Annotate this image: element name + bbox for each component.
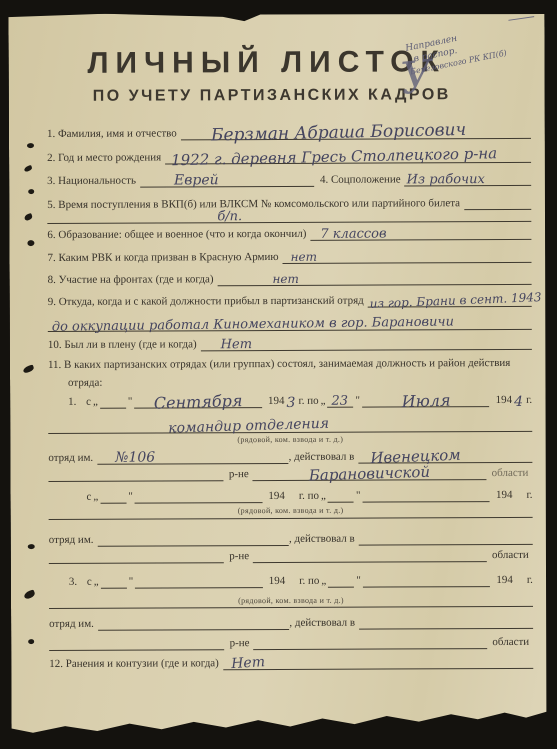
field-social-line: Из рабочих [405, 168, 532, 187]
field-arrival-value: из гор. Брани в сент. 1943 г. [370, 291, 556, 311]
entry1-from-year-prefix: 194 [262, 395, 287, 408]
field-education-label: 6. Образование: общее и военное (что и к… [47, 228, 310, 242]
entry3-from-day-slot [101, 571, 127, 589]
field-units-heading2: отряда: [68, 375, 532, 390]
entry1-region-row: р-не Барановичской области [48, 463, 532, 482]
field-nationality-line: Еврей [140, 169, 314, 188]
entry3-close-quote2: " [354, 575, 363, 588]
field-captivity-line: Нет [201, 332, 532, 351]
field-rvk-line: нет [283, 245, 532, 264]
punch-hole [24, 213, 34, 221]
field-party-row2: б/п. [47, 205, 531, 224]
entry3-acted-label: , действовал в [289, 617, 359, 630]
field-rvk-label: 7. Каким РВК и когда призван в Красную А… [47, 251, 282, 265]
entry3-oblast-label: области [487, 636, 533, 649]
field-units-heading: 11. В каких партизанских отрядах (или гр… [48, 357, 532, 372]
field-surname-line: Берзман Абраша Борисович [181, 121, 531, 141]
field-birth-row: 2. Год и место рождения 1922 г. деревня … [47, 146, 531, 165]
field-surname-value: Берзман Абраша Борисович [211, 124, 466, 143]
entry1-from-month-slot: Сентября [134, 390, 262, 409]
entry3-unit-row: отряд им. , действовал в [49, 612, 533, 631]
entry1-oblast-label: области [487, 467, 533, 480]
document-subtitle: ПО УЧЕТУ ПАРТИЗАНСКИХ КАДРОВ [9, 86, 535, 106]
field-rvk-row: 7. Каким РВК и когда призван в Красную А… [47, 246, 531, 265]
entry1-from-day-slot [100, 391, 126, 409]
punch-hole [23, 165, 32, 172]
field-arrival-value2: до оккупации работал Киномехаником в гор… [52, 315, 454, 333]
entry3-acted-line [359, 611, 533, 630]
field-wounds-label: 12. Ранения и контузии (где и когда) [49, 657, 223, 671]
field-fronts-label: 8. Участие на фронтах (где и когда) [48, 273, 218, 287]
entry1-from-year-digit: 3 [286, 397, 295, 410]
entry2-oblast-label: области [487, 549, 533, 562]
entry3-to-day-slot [328, 570, 354, 588]
entry3-from-month-slot [135, 570, 263, 589]
field-social-value: Из рабочих [407, 173, 485, 186]
field-party-value: б/п. [217, 210, 242, 223]
field-arrival-label: 9. Откуда, когда и с какой должности при… [48, 295, 368, 309]
entry1-from-month: Сентября [154, 394, 243, 410]
field-social-label: 4. Соцположение [314, 173, 405, 186]
entry1-to-month: Июля [401, 394, 450, 408]
field-captivity-value: Нет [221, 338, 252, 351]
entry2-district-line [49, 545, 224, 564]
field-captivity-label: 10. Был ли в плену (где и когда) [48, 338, 201, 352]
field-rvk-value: нет [291, 251, 317, 264]
entry2-acted-line [359, 527, 533, 546]
field-wounds-value: Нет [230, 656, 264, 671]
field-surname-label: 1. Фамилия, имя и отчество [47, 127, 181, 141]
entry1-to-word: г. по [298, 395, 318, 408]
field-wounds-line: Нет [223, 651, 533, 670]
document-sheet: ЛИЧНЫЙ ЛИСТОК ПО УЧЕТУ ПАРТИЗАНСКИХ КАДР… [8, 12, 547, 737]
punch-hole [27, 143, 34, 148]
field-arrival-row: 9. Откуда, когда и с какой должности при… [48, 290, 532, 309]
entry3-region-line [253, 631, 487, 650]
field-surname-row: 1. Фамилия, имя и отчество Берзман Абраш… [47, 122, 531, 141]
punch-hole [28, 189, 34, 194]
pen-flourish-mark: У [398, 51, 435, 105]
entry1-to-month-slot: Июля [362, 389, 490, 408]
field-arrival-line2: до оккупации работал Киномехаником в гор… [48, 312, 532, 332]
entry3-from-year-prefix: 194 [263, 575, 288, 588]
field-nationality-value: Еврей [174, 174, 219, 187]
punch-hole [28, 639, 34, 644]
entry1-close-quote: " [126, 396, 135, 409]
entry1-to-day-slot: 23 [327, 390, 353, 408]
field-fronts-row: 8. Участие на фронтах (где и когда) нет [48, 268, 532, 287]
entry3-rne-label: р-не [225, 637, 254, 650]
field-wounds-row: 12. Ранения и контузии (где и когда) Нет [49, 652, 533, 671]
entry2-region-row: р-не области [49, 545, 533, 564]
entry1-open-quote: „ [91, 396, 100, 409]
entry2-region-line [253, 544, 487, 563]
punch-hole [27, 240, 34, 246]
field-fronts-value: нет [272, 273, 298, 286]
entry1-district-line [48, 463, 223, 482]
field-nationality-label: 3. Национальность [47, 175, 140, 188]
entry1-rne-label: р-не [224, 468, 253, 481]
punch-hole [22, 364, 34, 373]
entry3-year-suffix: г. [527, 574, 533, 587]
entry2-unit-line [97, 528, 289, 547]
entry3-district-line [49, 632, 224, 651]
entry1-to-year-prefix: 194 [490, 394, 515, 407]
entry1-region-line: Барановичской [253, 462, 487, 481]
field-captivity-row: 10. Был ли в плену (где и когда) Нет [48, 333, 532, 352]
field-education-line: 7 классов [310, 222, 531, 241]
field-education-value: 7 классов [320, 228, 386, 241]
entry3-open-quote2: „ [319, 575, 328, 588]
field-arrival-line: из гор. Брани в сент. 1943 г. [368, 289, 532, 308]
entry3-number: 3. [69, 576, 87, 589]
entry3-close-quote: " [127, 576, 136, 589]
entry1-year-suffix: г. [526, 394, 532, 407]
entry3-to-month-slot [363, 569, 491, 588]
entry1-to-year-digit: 4 [514, 396, 523, 409]
entry1-region: Барановичской [309, 466, 431, 483]
punch-hole [28, 544, 35, 549]
field-arrival-row2: до оккупации работал Киномехаником в гор… [48, 313, 532, 332]
field-party-line2: б/п. [47, 204, 531, 224]
entry3-open-quote: „ [92, 576, 101, 589]
entry1-acted-line: Ивенецком [358, 445, 532, 464]
entry3-to-word: г. по [299, 575, 319, 588]
entry3-region-row: р-не области [49, 632, 533, 651]
field-fronts-line: нет [217, 267, 531, 286]
entry1-open-quote2: „ [319, 395, 328, 408]
entry1-unit-line: №106 [97, 446, 289, 465]
entry2-rne-label: р-не [224, 550, 253, 563]
entry1-number: 1. [68, 396, 86, 409]
entry1-dates-row: 1. с „ " Сентября 194 3 г. по „ 23 " Июл… [68, 390, 532, 409]
field-education-row: 6. Образование: общее и военное (что и к… [47, 223, 531, 242]
field-birth-value: 1922 г. деревня Гресь Столпецкого р-на [171, 147, 497, 167]
field-birth-line: 1922 г. деревня Гресь Столпецкого р-на [165, 145, 531, 165]
entry3-unit-line [98, 612, 290, 631]
field-birth-label: 2. Год и место рождения [47, 151, 165, 165]
entry3-dates-row: 3. с „ " 194 г. по „ " 194 г. [69, 570, 533, 589]
entry1-close-quote2: " [353, 395, 362, 408]
punch-hole [23, 589, 36, 599]
entry1-to-day: 23 [331, 395, 348, 408]
entry3-unit-label: отряд им. [49, 618, 98, 631]
field-nationality-row: 3. Национальность Еврей 4. Соцположение … [47, 169, 531, 188]
entry3-to-year-prefix: 194 [490, 574, 515, 587]
